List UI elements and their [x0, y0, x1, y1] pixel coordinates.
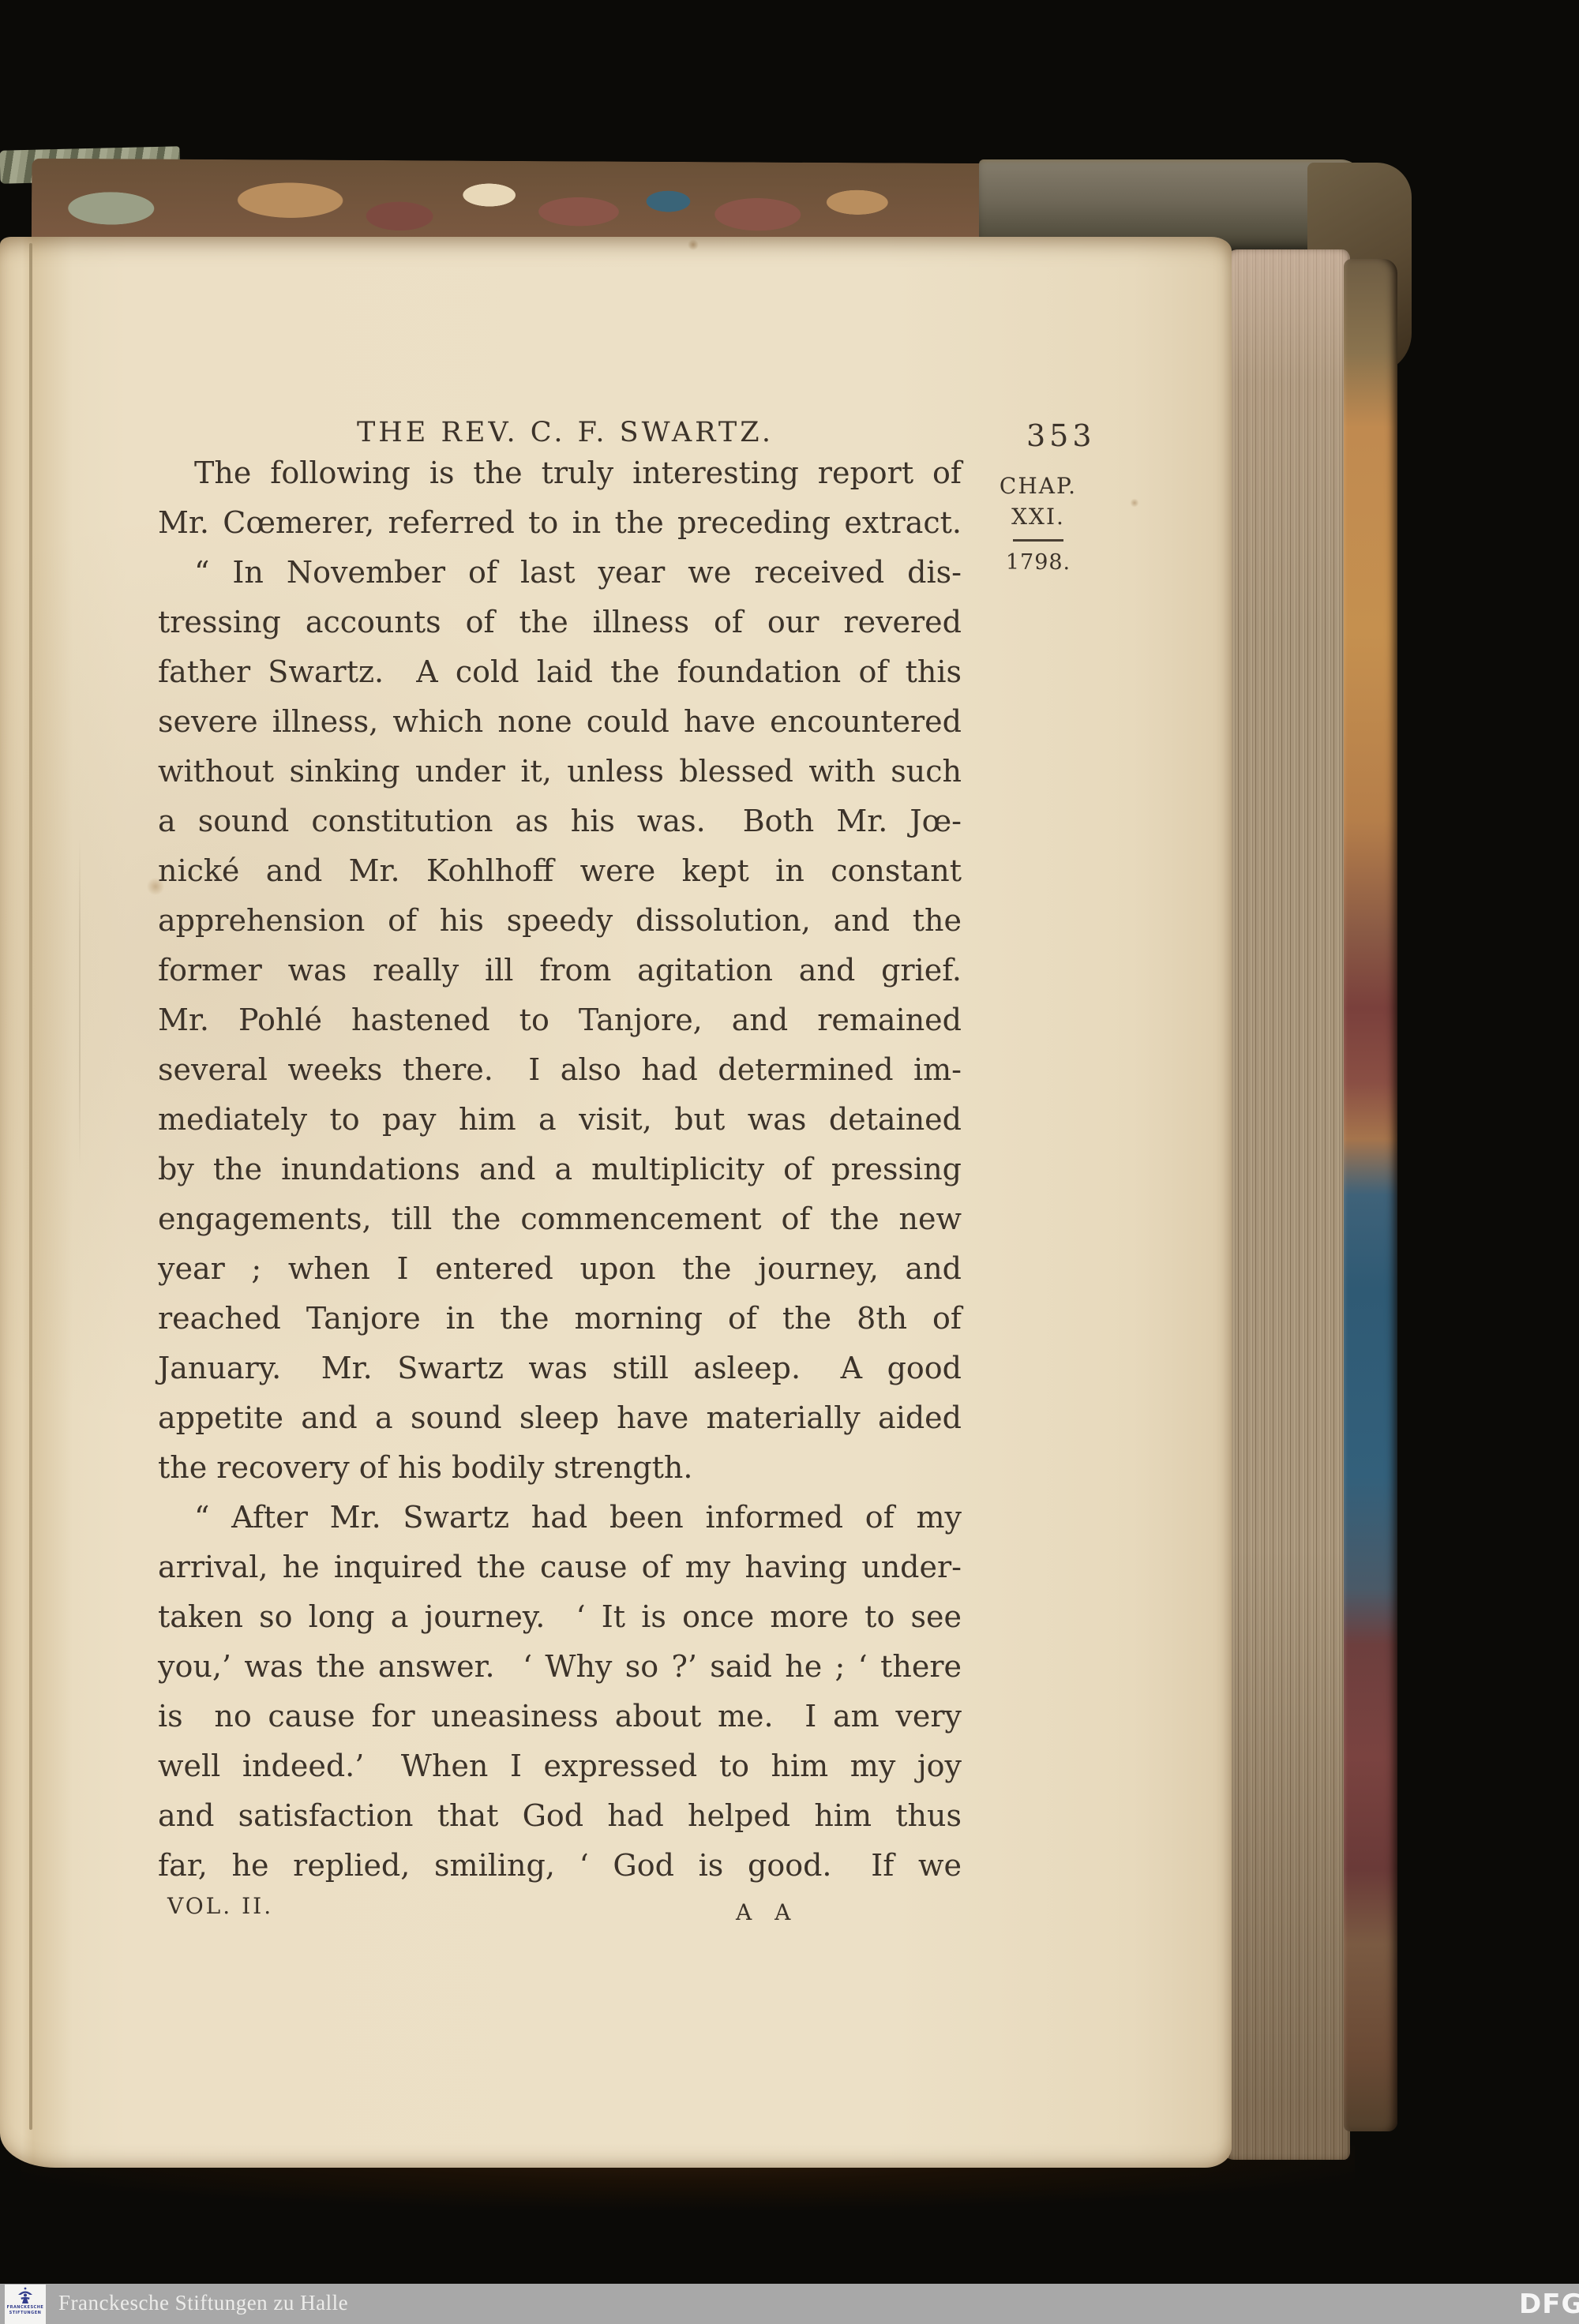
logo-text-line1: FRANCKESCHE — [7, 2305, 44, 2310]
page-number: 353 — [1026, 418, 1096, 453]
body-line: taken so long a journey. ‘ It is once mo… — [158, 1592, 962, 1642]
body-line: tressing accounts of the illness of our … — [158, 598, 962, 647]
body-line: engagements, till the commencement of th… — [158, 1194, 962, 1244]
running-header: THE REV. C. F. SWARTZ. — [339, 417, 791, 448]
gutter-crease — [29, 243, 32, 2130]
body-line: and satisfaction that God had helped him… — [158, 1791, 962, 1841]
body-text: The following is the truly interesting r… — [158, 448, 962, 1891]
margin-note: CHAP. XXI. 1798. — [982, 470, 1094, 578]
margin-rule — [1013, 539, 1063, 542]
body-line: former was really ill from agitation and… — [158, 946, 962, 995]
body-line: without sinking under it, unless blessed… — [158, 747, 962, 797]
logo-text-line2: STIFTUNGEN — [9, 2311, 42, 2315]
body-line: Mr. Pohlé hastened to Tanjore, and remai… — [158, 995, 962, 1045]
body-line: Mr. Cœmerer, referred to in the precedin… — [158, 498, 962, 548]
fore-edge-pages — [1216, 249, 1350, 2160]
margin-chapter-numeral: XXI. — [982, 501, 1094, 532]
sheet-signature: A A — [736, 1899, 798, 1925]
volume-signature: VOL. II. — [167, 1893, 273, 1919]
body-line: far, he replied, smiling, ‘ God is good.… — [158, 1841, 962, 1891]
margin-year: 1798. — [982, 547, 1094, 578]
body-line: father Swartz. A cold laid the foundatio… — [158, 647, 962, 697]
body-line: by the inundations and a multiplicity of… — [158, 1145, 962, 1194]
body-line: January. Mr. Swartz was still asleep. A … — [158, 1344, 962, 1393]
body-line: “ In November of last year we received d… — [158, 548, 962, 598]
body-line: a sound constitution as his was. Both Mr… — [158, 797, 962, 846]
body-line: arrival, he inquired the cause of my hav… — [158, 1542, 962, 1592]
marbled-board-right-edge — [1344, 259, 1397, 2131]
body-line: severe illness, which none could have en… — [158, 697, 962, 747]
body-line: apprehension of his speedy dissolution, … — [158, 896, 962, 946]
body-line: year ; when I entered upon the journey, … — [158, 1244, 962, 1294]
body-line: The following is the truly interesting r… — [158, 448, 962, 498]
body-line: appetite and a sound sleep have material… — [158, 1393, 962, 1443]
scanned-book-page-viewer: THE REV. C. F. SWARTZ. 353 CHAP. XXI. 17… — [0, 0, 1579, 2324]
viewer-footer-bar: FRANCKESCHE STIFTUNGEN Franckesche Stift… — [0, 2284, 1579, 2324]
body-line: “ After Mr. Swartz had been informed of … — [158, 1493, 962, 1542]
franckesche-stiftungen-logo: FRANCKESCHE STIFTUNGEN — [5, 2285, 46, 2324]
body-line: the recovery of his bodily strength. — [158, 1443, 962, 1493]
body-line: you,’ was the answer. ‘ Why so ?’ said h… — [158, 1642, 962, 1692]
margin-chapter-word: CHAP. — [982, 470, 1094, 501]
body-line: reached Tanjore in the morning of the 8t… — [158, 1294, 962, 1344]
institution-name: Franckesche Stiftungen zu Halle — [58, 2291, 348, 2315]
page-paper: THE REV. C. F. SWARTZ. 353 CHAP. XXI. 17… — [0, 237, 1232, 2168]
body-line: well indeed.’ When I expressed to him my… — [158, 1741, 962, 1791]
body-line: is no cause for uneasiness about me. I a… — [158, 1692, 962, 1741]
paper-crease-faint — [79, 837, 81, 1168]
body-line: several weeks there. I also had determin… — [158, 1045, 962, 1095]
dfg-logo: DFG — [1519, 2288, 1579, 2320]
franckesche-emblem-icon — [17, 2287, 34, 2304]
body-line: mediately to pay him a visit, but was de… — [158, 1095, 962, 1145]
body-line: nické and Mr. Kohlhoff were kept in cons… — [158, 846, 962, 896]
